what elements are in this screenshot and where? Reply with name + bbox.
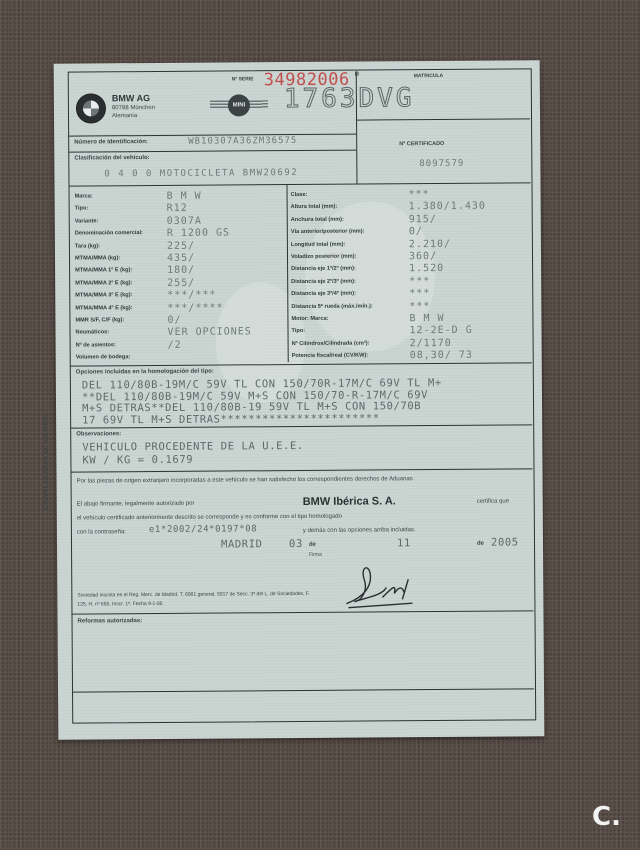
typed-line: 17 69V TL M+S DETRAS********************… [82, 412, 380, 426]
spec-label: Tara (kg): [75, 243, 100, 249]
spec-value: B M W [409, 313, 444, 324]
spec-value: 360/ [409, 251, 437, 262]
spec-value: 180/ [167, 265, 195, 276]
spec-value: ***/**** [167, 302, 223, 313]
spec-label: Altura total (mm): [291, 204, 338, 210]
identification-label: Número de Identificación: [74, 139, 148, 146]
spec-row: MTMA/MMA 3º E (kg):***/*** [75, 289, 277, 302]
options-label: Opciones incluidas en la homologación de… [76, 369, 214, 376]
spec-label: Anchura total (mm): [291, 216, 344, 222]
spec-row: Volumen de bodega: [76, 351, 278, 364]
spec-label: Distancia eje 2º/3º (mm): [291, 278, 356, 284]
typed-line: KW / KG = 0.1679 [82, 454, 193, 467]
spec-row: Voladizo posterior (mm):360/ [291, 250, 519, 264]
spec-row: Distancia eje 1º/2º (mm):1.520 [291, 263, 519, 277]
matricula-value: 1763DVG [284, 83, 415, 114]
registry-text: Sociedad inscrita en el Reg. Merc. de Ma… [77, 590, 317, 610]
spec-row: Potencia fiscal/real (CV/KW):08,30/ 73 [292, 350, 520, 364]
spec-label: Distancia eje 3º/4º (mm): [291, 291, 356, 297]
spec-value: 2/1170 [410, 338, 452, 349]
spec-row: Nº de asientos:/2 [76, 339, 278, 352]
spec-label: Variante: [75, 218, 99, 224]
certification-line1: El abajo firmante, legalmente autorizado… [77, 501, 195, 508]
spec-row: Anchura total (mm):915/ [291, 213, 519, 227]
identification-value: WB10307A36ZM36575 [188, 136, 297, 147]
spec-value: 08,30/ 73 [410, 350, 473, 361]
serie-label: Nº SERIE [232, 76, 254, 82]
spec-label: Neumáticos: [76, 330, 110, 336]
spec-value: 0/ [167, 315, 181, 326]
observations-label: Observaciones: [76, 431, 121, 437]
contrasena-label: con la contraseña: [77, 529, 126, 535]
spec-row: MTMA/MMA (kg):435/ [75, 252, 277, 265]
certificado-value: 8097579 [419, 159, 464, 169]
spec-value: 12-2E-D G [409, 325, 472, 336]
spec-value: 0/ [409, 226, 423, 237]
spec-label: Nº de asientos: [76, 342, 116, 348]
spec-row: Longitud total (mm):2.210/ [291, 238, 519, 252]
spec-label: MTMA/MMA 2º E (kg): [75, 280, 132, 286]
spec-value: 1.520 [409, 263, 444, 274]
issuer-address-2: Alemania [112, 113, 137, 119]
month: 11 [397, 537, 411, 549]
spec-label: Clase: [291, 192, 308, 198]
spec-value: 255/ [167, 278, 195, 289]
spec-value: /2 [168, 340, 182, 351]
spec-row: Neumáticos:VER OPCIONES [75, 327, 277, 340]
spec-row: MMR S/F, C/F (kg):0/ [75, 314, 277, 327]
spec-row: Variante:0307A [75, 215, 277, 228]
classification-value: 0 4 0 0 MOTOCICLETA BMW20692 [104, 168, 298, 179]
de-2: de [477, 541, 484, 547]
spec-row: Tipo:12-2E-D G [291, 325, 519, 339]
spec-row: Distancia eje 3º/4º (mm):*** [291, 288, 519, 302]
spec-value: 225/ [167, 240, 195, 251]
side-label: EJEMPLAR PARA EL USUARIO [43, 414, 58, 511]
classification-label: Clasificación del vehículo: [74, 155, 149, 162]
spec-label: Denominación comercial: [75, 230, 143, 236]
year: 2005 [491, 536, 519, 548]
issuer-address-1: 80788 München [112, 105, 155, 111]
spec-row: Denominación comercial:R 1200 GS [75, 227, 277, 240]
spec-label: Distancia 5ª rueda (máx./mín.): [291, 303, 372, 310]
spec-label: MTMA/MMA (kg): [75, 255, 120, 261]
spec-row: MTMA/MMA 4º E (kg):***/**** [75, 302, 277, 315]
spec-row: MTMA/MMA 2º E (kg):255/ [75, 277, 277, 290]
spec-label: MTMA/MMA 1º E (kg): [75, 268, 132, 274]
spec-row: MTMA/MMA 1º E (kg):180/ [75, 265, 277, 278]
spec-row: Tipo:R12 [75, 203, 277, 216]
spec-value: *** [409, 301, 430, 312]
spec-row: Clase:*** [291, 188, 519, 202]
certificado-label: Nº CERTIFICADO [399, 141, 444, 147]
spec-value: 1.380/1.430 [409, 201, 486, 213]
spec-label: Nº Cilindros/Cilindrada (cm³): [292, 340, 370, 347]
spec-row: Distancia eje 2º/3º (mm):*** [291, 275, 519, 289]
spec-label: MTMA/MMA 3º E (kg): [75, 292, 132, 298]
spec-value: VER OPCIONES [167, 327, 251, 339]
spec-label: Vía anterior/posterior (mm): [291, 229, 365, 236]
spec-value: R12 [167, 203, 188, 214]
spec-row: Distancia 5ª rueda (máx./mín.):*** [291, 300, 519, 314]
spec-label: Voladizo posterior (mm): [291, 254, 357, 260]
mini-logo-text: MINI [228, 94, 250, 116]
spec-label: Potencia fiscal/real (CV/KW): [292, 353, 369, 360]
certifying-company: BMW Ibérica S. A. [303, 495, 396, 508]
bmw-roundel-icon [76, 93, 106, 123]
spec-label: Tipo: [75, 206, 89, 212]
spec-label: Marca: [75, 193, 93, 199]
matricula-label: MATRICULA [414, 73, 443, 79]
spec-row: Marca:B M W [75, 190, 277, 203]
signature-mark [342, 557, 422, 610]
place: MADRID [221, 538, 263, 550]
spec-value: *** [409, 276, 430, 287]
spec-label: Tipo: [292, 328, 306, 334]
contrasena-value: e1*2002/24*0197*08 [149, 524, 257, 535]
spec-row: Motor: Marca:B M W [291, 312, 519, 326]
reforms-label: Reformas autorizadas: [78, 618, 143, 624]
firma-label: Firma [309, 552, 322, 558]
spec-row: Altura total (mm):1.380/1.430 [291, 201, 519, 215]
typed-line: VEHICULO PROCEDENTE DE LA U.E.E. [82, 440, 304, 454]
spec-value: 435/ [167, 253, 195, 264]
spec-value: 2.210/ [409, 239, 451, 250]
day: 03 [289, 538, 303, 550]
certification-line1-end: certifica que [477, 499, 509, 505]
spec-label: MTMA/MMA 4º E (kg): [75, 305, 132, 311]
spec-label: Volumen de bodega: [76, 354, 131, 360]
issuer-name: BMW AG [112, 93, 150, 103]
spec-label: Distancia eje 1º/2º (mm): [291, 266, 356, 272]
spec-label: Longitud total (mm): [291, 241, 345, 247]
spec-value: *** [409, 288, 430, 299]
de-1: de [309, 542, 316, 548]
spec-value: ***/*** [167, 290, 216, 301]
spec-label: Motor: Marca: [291, 316, 328, 322]
certification-line3-end: y demás con las opciones arriba incluida… [303, 527, 416, 534]
spec-label: MMR S/F, C/F (kg): [75, 317, 124, 323]
spec-row: Tara (kg):225/ [75, 240, 277, 253]
spec-value: B M W [167, 191, 202, 202]
mini-wings-icon: MINI [210, 92, 268, 116]
spec-row: Vía anterior/posterior (mm):0/ [291, 226, 519, 240]
spec-value: R 1200 GS [167, 228, 230, 239]
technical-card-document: EJEMPLAR PARA EL USUARIO BMW AG 80788 Mü… [54, 60, 545, 739]
spec-value: 0307A [167, 215, 202, 226]
spec-row: Nº Cilindros/Cilindrada (cm³):2/1170 [292, 337, 520, 351]
watermark-brand: C. [592, 802, 621, 832]
spec-value: 915/ [409, 214, 437, 225]
spec-value: *** [409, 189, 430, 200]
